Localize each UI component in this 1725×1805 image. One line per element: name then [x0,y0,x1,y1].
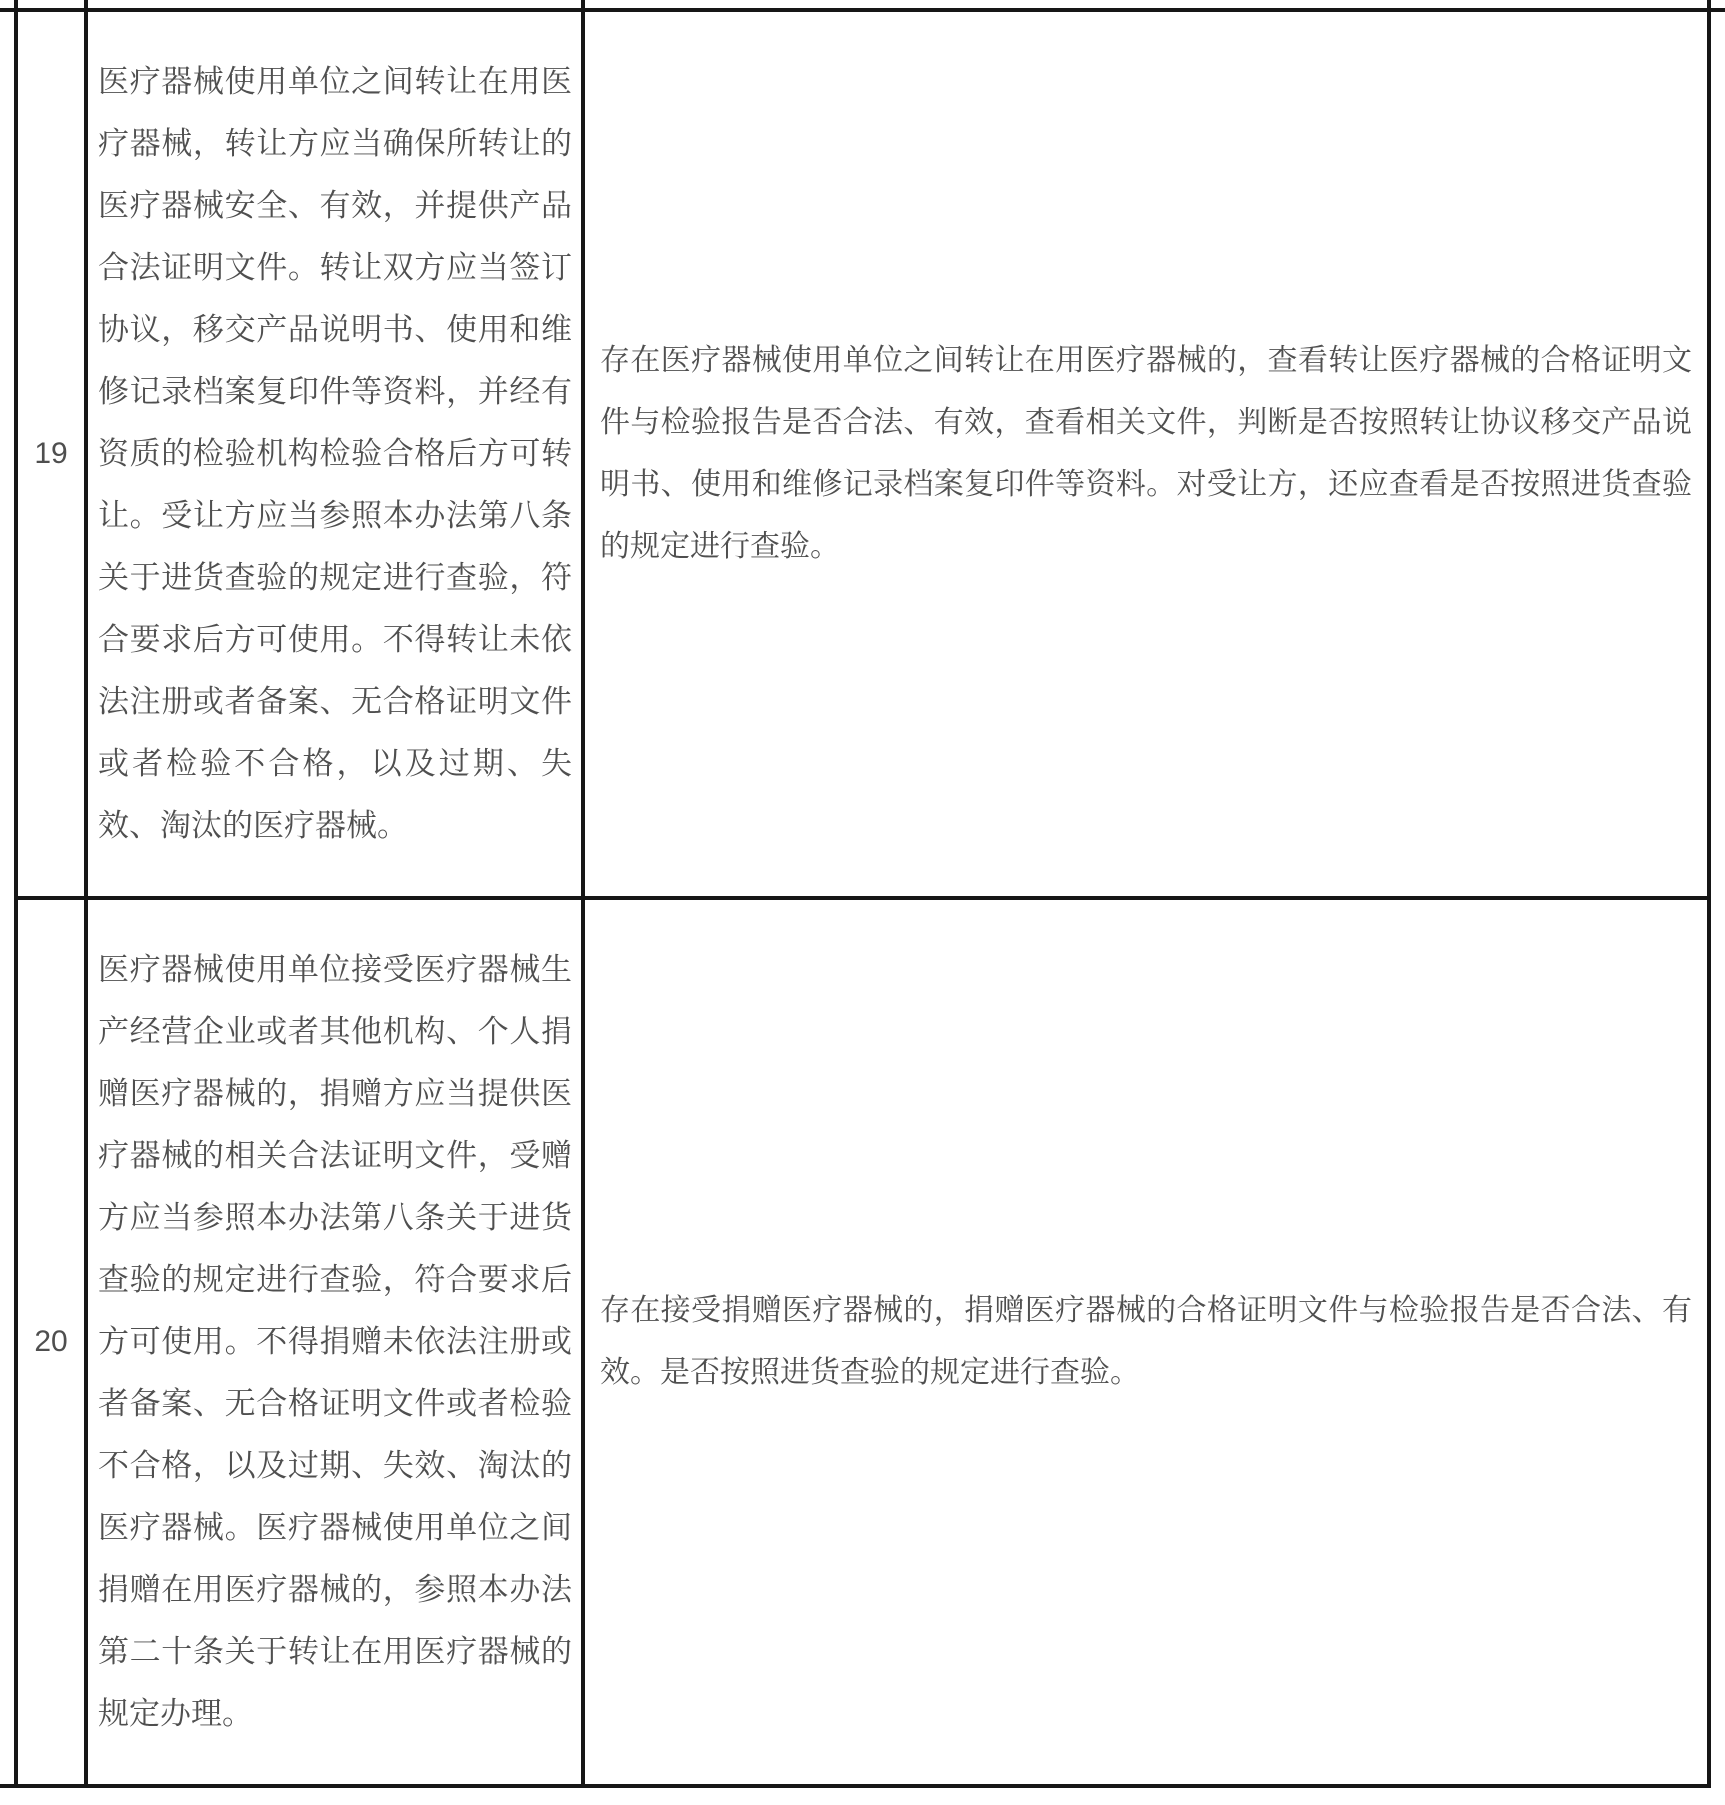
row-number-text: 20 [34,1325,67,1359]
table-right-border [1707,0,1711,1788]
row-20-inspection-cell: 存在接受捐赠医疗器械的，捐赠医疗器械的合格证明文件与检验报告是否合法、有效。是否… [600,900,1692,1784]
row-20-number: 20 [18,900,84,1784]
row-19-number: 19 [18,12,84,896]
row-20-requirement-cell: 医疗器械使用单位接受医疗器械生产经营企业或者其他机构、个人捐赠医疗器械的，捐赠方… [98,900,572,1784]
row-19-requirement-cell: 医疗器械使用单位之间转让在用医疗器械，转让方应当确保所转让的医疗器械安全、有效，… [98,12,572,896]
row-20-inspection-text: 存在接受捐赠医疗器械的，捐赠医疗器械的合格证明文件与检验报告是否合法、有效。是否… [600,1280,1692,1404]
document-page: 19 医疗器械使用单位之间转让在用医疗器械，转让方应当确保所转让的医疗器械安全、… [0,0,1725,1805]
row-number-text: 19 [34,437,67,471]
row-20-requirement-text: 医疗器械使用单位接受医疗器械生产经营企业或者其他机构、个人捐赠医疗器械的，捐赠方… [98,939,572,1745]
column-divider-number [84,0,88,1788]
table-bottom-border [0,1784,1711,1788]
row-19-inspection-text: 存在医疗器械使用单位之间转让在用医疗器械的，查看转让医疗器械的合格证明文件与检验… [600,330,1692,578]
row-19-inspection-cell: 存在医疗器械使用单位之间转让在用医疗器械的，查看转让医疗器械的合格证明文件与检验… [600,12,1692,896]
column-divider-requirement [581,0,585,1788]
row-19-requirement-text: 医疗器械使用单位之间转让在用医疗器械，转让方应当确保所转让的医疗器械安全、有效，… [98,51,572,857]
